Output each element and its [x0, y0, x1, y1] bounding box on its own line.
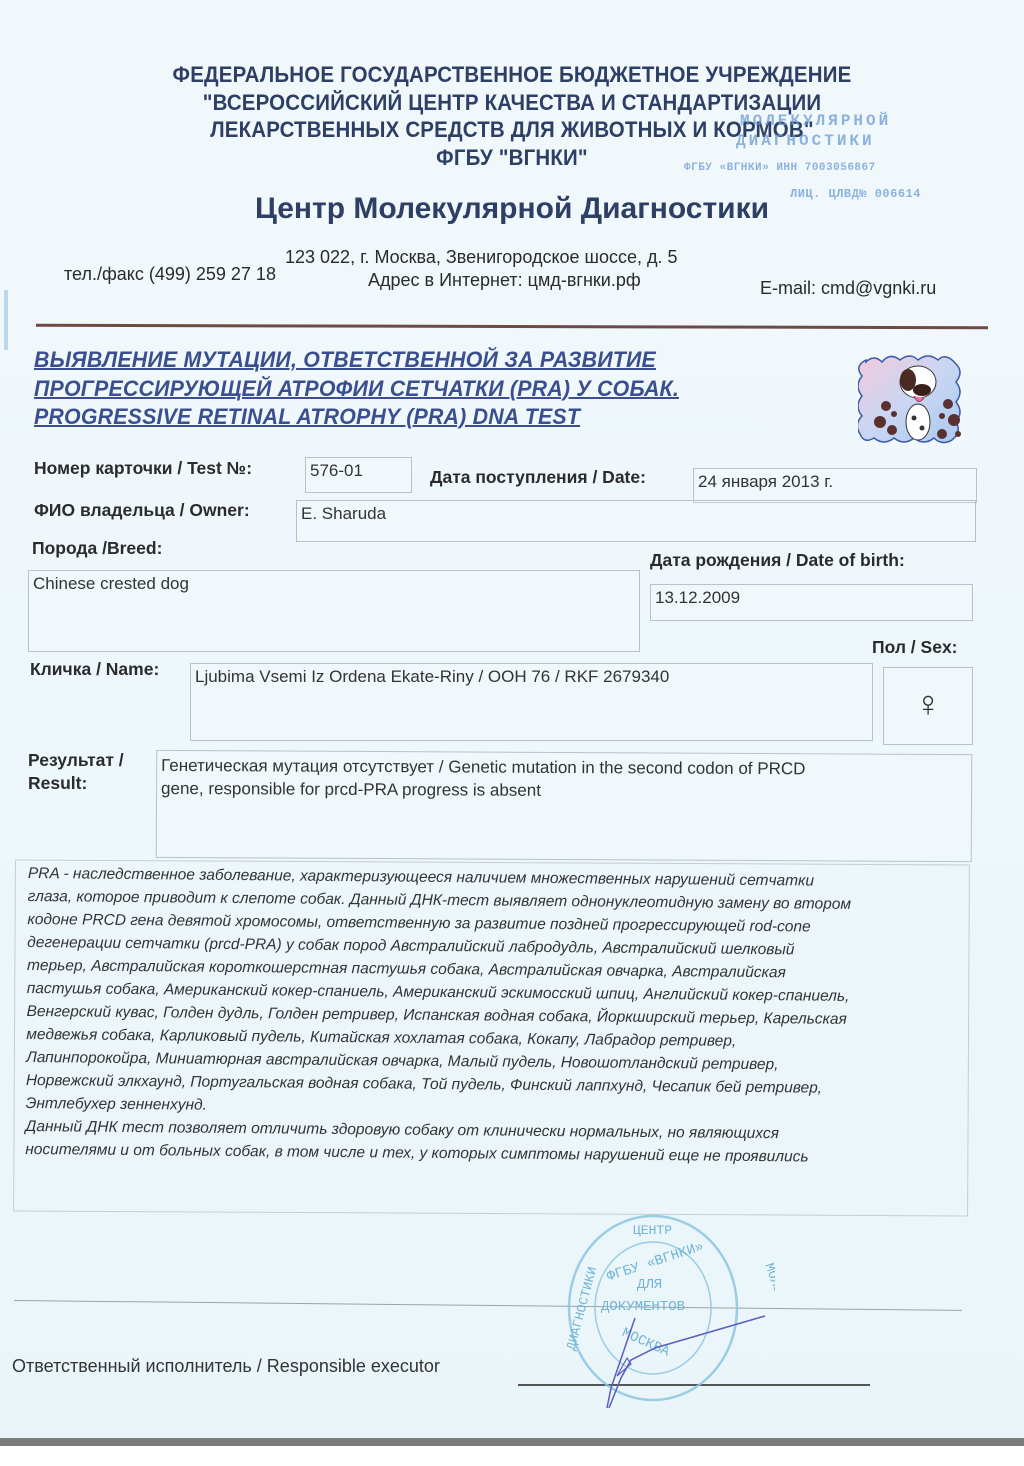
result-label-line-1: Результат / — [28, 750, 124, 771]
date-received-label: Дата поступления / Date: — [430, 467, 646, 488]
sex-field-female-icon: ♀ — [883, 667, 973, 745]
dalmatian-logo-icon — [858, 348, 976, 454]
breed-field: Chinese crested dog — [28, 570, 640, 652]
stamp-line-2: ДИАГНОСТИКИ — [736, 132, 875, 150]
stamp-inner-line-2: ДЛЯ — [637, 1277, 662, 1293]
header-divider — [36, 324, 988, 329]
signature-divider — [14, 1300, 962, 1311]
date-of-birth-label: Дата рождения / Date of birth: — [650, 550, 905, 571]
svg-text:МОЛЕКУЛЯРНОЙ: МОЛЕКУЛЯРНОЙ — [761, 1261, 775, 1354]
center-name: Центр Молекулярной Диагностики — [0, 192, 1024, 226]
svg-text:ЦЕНТР: ЦЕНТР — [633, 1223, 672, 1238]
org-name-line-1: ФЕДЕРАЛЬНОЕ ГОСУДАРСТВЕННОЕ БЮДЖЕТНОЕ УЧ… — [36, 62, 988, 88]
date-of-birth-field: 13.12.2009 — [650, 584, 973, 621]
test-title-line-3: PROGRESSIVE RETINAL ATROPHY (PRA) DNA TE… — [34, 404, 580, 430]
result-label-line-2: Result: — [28, 773, 87, 794]
result-field: Генетическая мутация отсутствует / Genet… — [156, 750, 973, 862]
address: 123 022, г. Москва, Звенигородское шоссе… — [285, 247, 678, 268]
stamp-line-1: МОЛЕКУЛЯРНОЙ — [740, 112, 891, 130]
stamp-inner-line-3: ДОКУМЕНТОВ — [601, 1299, 685, 1315]
round-stamp-icon: ЦЕНТР МОЛЕКУЛЯРНОЙ ДИАГНОСТИКИ ЦЕНТР ФГБ… — [535, 1208, 775, 1408]
test-title-line-2: ПРОГРЕССИРУЮЩЕЙ АТРОФИИ СЕТЧАТКИ (PRA) У… — [34, 376, 679, 402]
edge-mark — [4, 290, 8, 350]
date-received-field: 24 января 2013 г. — [693, 468, 977, 503]
owner-label: ФИО владельца / Owner: — [34, 500, 250, 521]
test-number-label: Номер карточки / Test №: — [34, 458, 252, 479]
sex-label: Пол / Sex: — [872, 637, 958, 658]
phone: тел./факс (499) 259 27 18 — [64, 264, 276, 285]
scan-margin — [0, 1446, 1024, 1466]
description-text: PRA - наследственное заболевание, характ… — [25, 862, 973, 1170]
email: E-mail: cmd@vgnki.ru — [760, 278, 936, 299]
name-field: Ljubima Vsemi Iz Ordena Ekate-Riny / OOH… — [190, 663, 873, 741]
name-label: Кличка / Name: — [30, 659, 159, 680]
owner-field: E. Sharuda — [296, 500, 976, 542]
scan-bottom-edge — [0, 1438, 1024, 1446]
breed-label: Порода /Breed: — [32, 538, 162, 559]
website: Адрес в Интернет: цмд-вгнки.рф — [368, 270, 641, 291]
test-number-field: 576-01 — [305, 457, 412, 493]
result-text-line-2: gene, responsible for prcd-PRA progress … — [161, 777, 967, 804]
stamp-line-3: ФГБУ «ВГНКИ» ИНН 7003056867 — [684, 162, 876, 174]
test-title-line-1: ВЫЯВЛЕНИЕ МУТАЦИИ, ОТВЕТСТВЕННОЙ ЗА РАЗВ… — [34, 347, 656, 373]
executor-label: Ответственный исполнитель / Responsible … — [12, 1356, 440, 1377]
